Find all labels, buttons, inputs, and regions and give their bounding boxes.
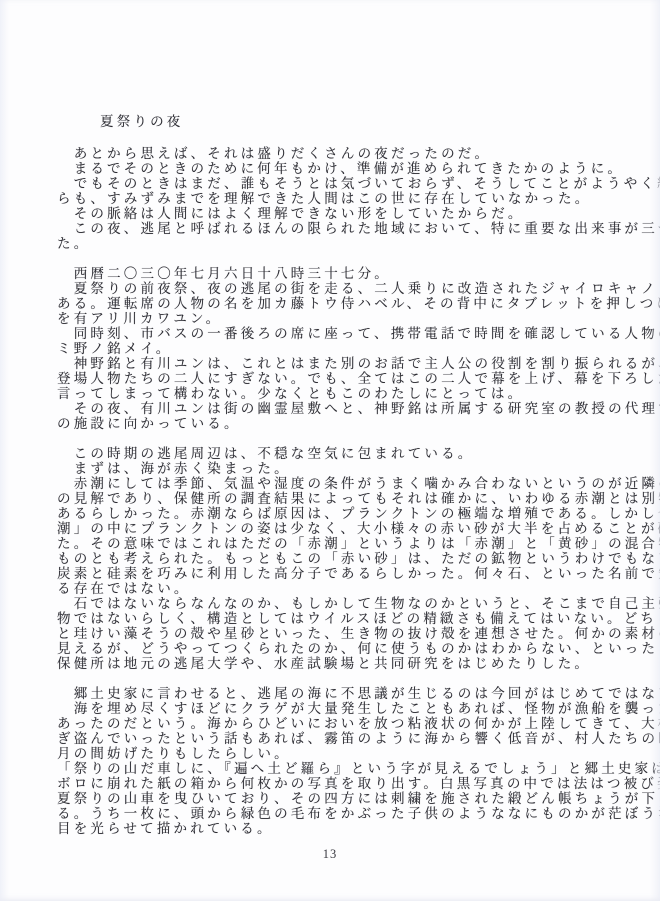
page-number: 13 (0, 847, 660, 862)
book-page: 夏祭りの夜 あとから思えば、それは盛りだくさんの夜だったのだ。 まるでそのときの… (0, 0, 660, 901)
text-line: その脈絡は人間にはよく理解できない形をしていたからだ。 (57, 206, 632, 221)
text-line: ものとも考えられた。もっともこの「赤い砂」は、ただの鉱物というわけでもないらしく… (57, 551, 632, 566)
text-line: る存在ではない。 (57, 581, 632, 596)
text-line: あるらしかった。赤潮ならば原因は、プランクトンの極端な増殖である。しかし今回の「… (57, 506, 632, 521)
body-text-block: あとから思えば、それは盛りだくさんの夜だったのだ。 まるでそのときのために何年も… (57, 146, 632, 836)
text-line: らも、すみずみまでを理解できた人間はこの世に存在していなかった。 (57, 191, 632, 206)
text-line: あとから思えば、それは盛りだくさんの夜だったのだ。 (57, 146, 632, 161)
text-line: 月の間妨げたりもしたらしい。 (57, 746, 632, 761)
text-line: 夏祭りの前夜祭、夜の逃尾の街を走る、二人乗りに改造されたジャイロキャノピーの姿が (57, 281, 632, 296)
text-line: ボロに崩れた紙の箱から何枚かの写真を取り出す。白黒写真の中では法はつ被び姿の人々… (57, 776, 632, 791)
text-line: 夏祭りの山車を曳ひいており、その四方には刺繍を施された緞どん帳ちょうが下げられて… (57, 791, 632, 806)
text-line: 赤潮にしては季節、気温や湿度の条件がうまく噛かみ合わないというのが近隣の漁師たち (57, 476, 632, 491)
text-line: 西暦二〇三〇年七月六日十八時三十七分。 (57, 266, 632, 281)
text-line: ある。運転席の人物の名を加カ藤トウ侍ハベル、その背中にタブレットを押しつけている… (57, 296, 632, 311)
text-line: の見解であり、保健所の調査結果によってもそれは確かに、いわゆる赤潮とは別物の現象… (57, 491, 632, 506)
text-line (57, 671, 632, 686)
text-line: 物ではないらしく、構造としてはウイルスほどの精緻さも備えてはいない。どちらかとい… (57, 611, 632, 626)
text-line: でもそのときはまだ、誰もそうとは気づいておらず、そうしてことがようやく終わってか (57, 176, 632, 191)
text-line: この夜、逃尾と呼ばれるほんの限られた地域において、特に重要な出来事が三つ起こっ (57, 221, 632, 236)
text-line: 見えるが、どうやってつくられたのか、何に使うものかはわからない、といったところで… (57, 641, 632, 656)
text-line: 炭素と硅素を巧みに利用した高分子であるらしかった。何々石、といった名前で知られて… (57, 566, 632, 581)
text-line: まずは、海が赤く染まった。 (57, 461, 632, 476)
text-line: 潮」の中にプランクトンの姿は少なく、大小様々の赤い砂が大半を占めることが確認され (57, 521, 632, 536)
text-line: 海を埋め尽くすほどにクラゲが大量発生したこともあれば、怪物が漁船を襲ったことも (57, 701, 632, 716)
text-line: 保健所は地元の逃尾大学や、水産試験場と共同研究をはじめたりした。 (57, 656, 632, 671)
text-line: ミ野ノ銘メイ。 (57, 341, 632, 356)
text-line: た。その意味ではこれはただの「赤潮」というよりは「赤潮」と「黄砂」の混合物のよう… (57, 536, 632, 551)
text-line: と珪けい藻そうの殻や星砂といった、生き物の抜け殻を連想させた。何かの素材のように… (57, 626, 632, 641)
text-line: 言ってしまって構わない。少なくともこのわたしにとっては。 (57, 386, 632, 401)
text-line: を有アリ川カワユン。 (57, 311, 632, 326)
text-line: まるでそのときのために何年もかけ、準備が進められてきたかのように。 (57, 161, 632, 176)
text-line: 「祭りの山だ車しに、『遍へ土ど羅ら』という字が見えるでしょう」と郷土史家は角がボ… (57, 761, 632, 776)
text-line: た。 (57, 236, 632, 251)
text-line: 神野銘と有川ユンは、これとはまた別のお話で主人公の役割を割り振られるが、ここでは (57, 356, 632, 371)
text-line: る。うち一枚に、頭から緑色の毛布をかぶった子供のようななにものかが茫ぼう洋ようと… (57, 806, 632, 821)
text-line: 登場人物たちの二人にすぎない。でも、全てはこの二人で幕を上げ、幕を下ろしたのだと (57, 371, 632, 386)
text-line: の施設に向かっている。 (57, 416, 632, 431)
text-line: この時期の逃尾周辺は、不穏な空気に包まれている。 (57, 446, 632, 461)
text-line (57, 431, 632, 446)
text-line: 目を光らせて描かれている。 (57, 821, 632, 836)
text-line: 郷土史家に言わせると、逃尾の海に不思議が生じるのは今回がはじめてではない。 (57, 686, 632, 701)
text-line: その夜、有川ユンは街の幽霊屋敷へと、神野銘は所属する研究室の教授の代理で、街外れ (57, 401, 632, 416)
chapter-title: 夏祭りの夜 (100, 114, 184, 129)
text-line (57, 251, 632, 266)
text-line: ぎ盗んでいったという話もあれば、霧笛のように海から響く低音が、村人たちの眠りをひ… (57, 731, 632, 746)
text-line: 石ではないならなんなのか、もしかして生物なのかというと、そこまで自己主張の強い代 (57, 596, 632, 611)
text-line: あったのだという。海からひどいにおいを放つ粘液状の何かが上陸してきて、大根を根こ… (57, 716, 632, 731)
text-line: 同時刻、市バスの一番後ろの席に座って、携帯電話で時間を確認している人物の名を神カ (57, 326, 632, 341)
